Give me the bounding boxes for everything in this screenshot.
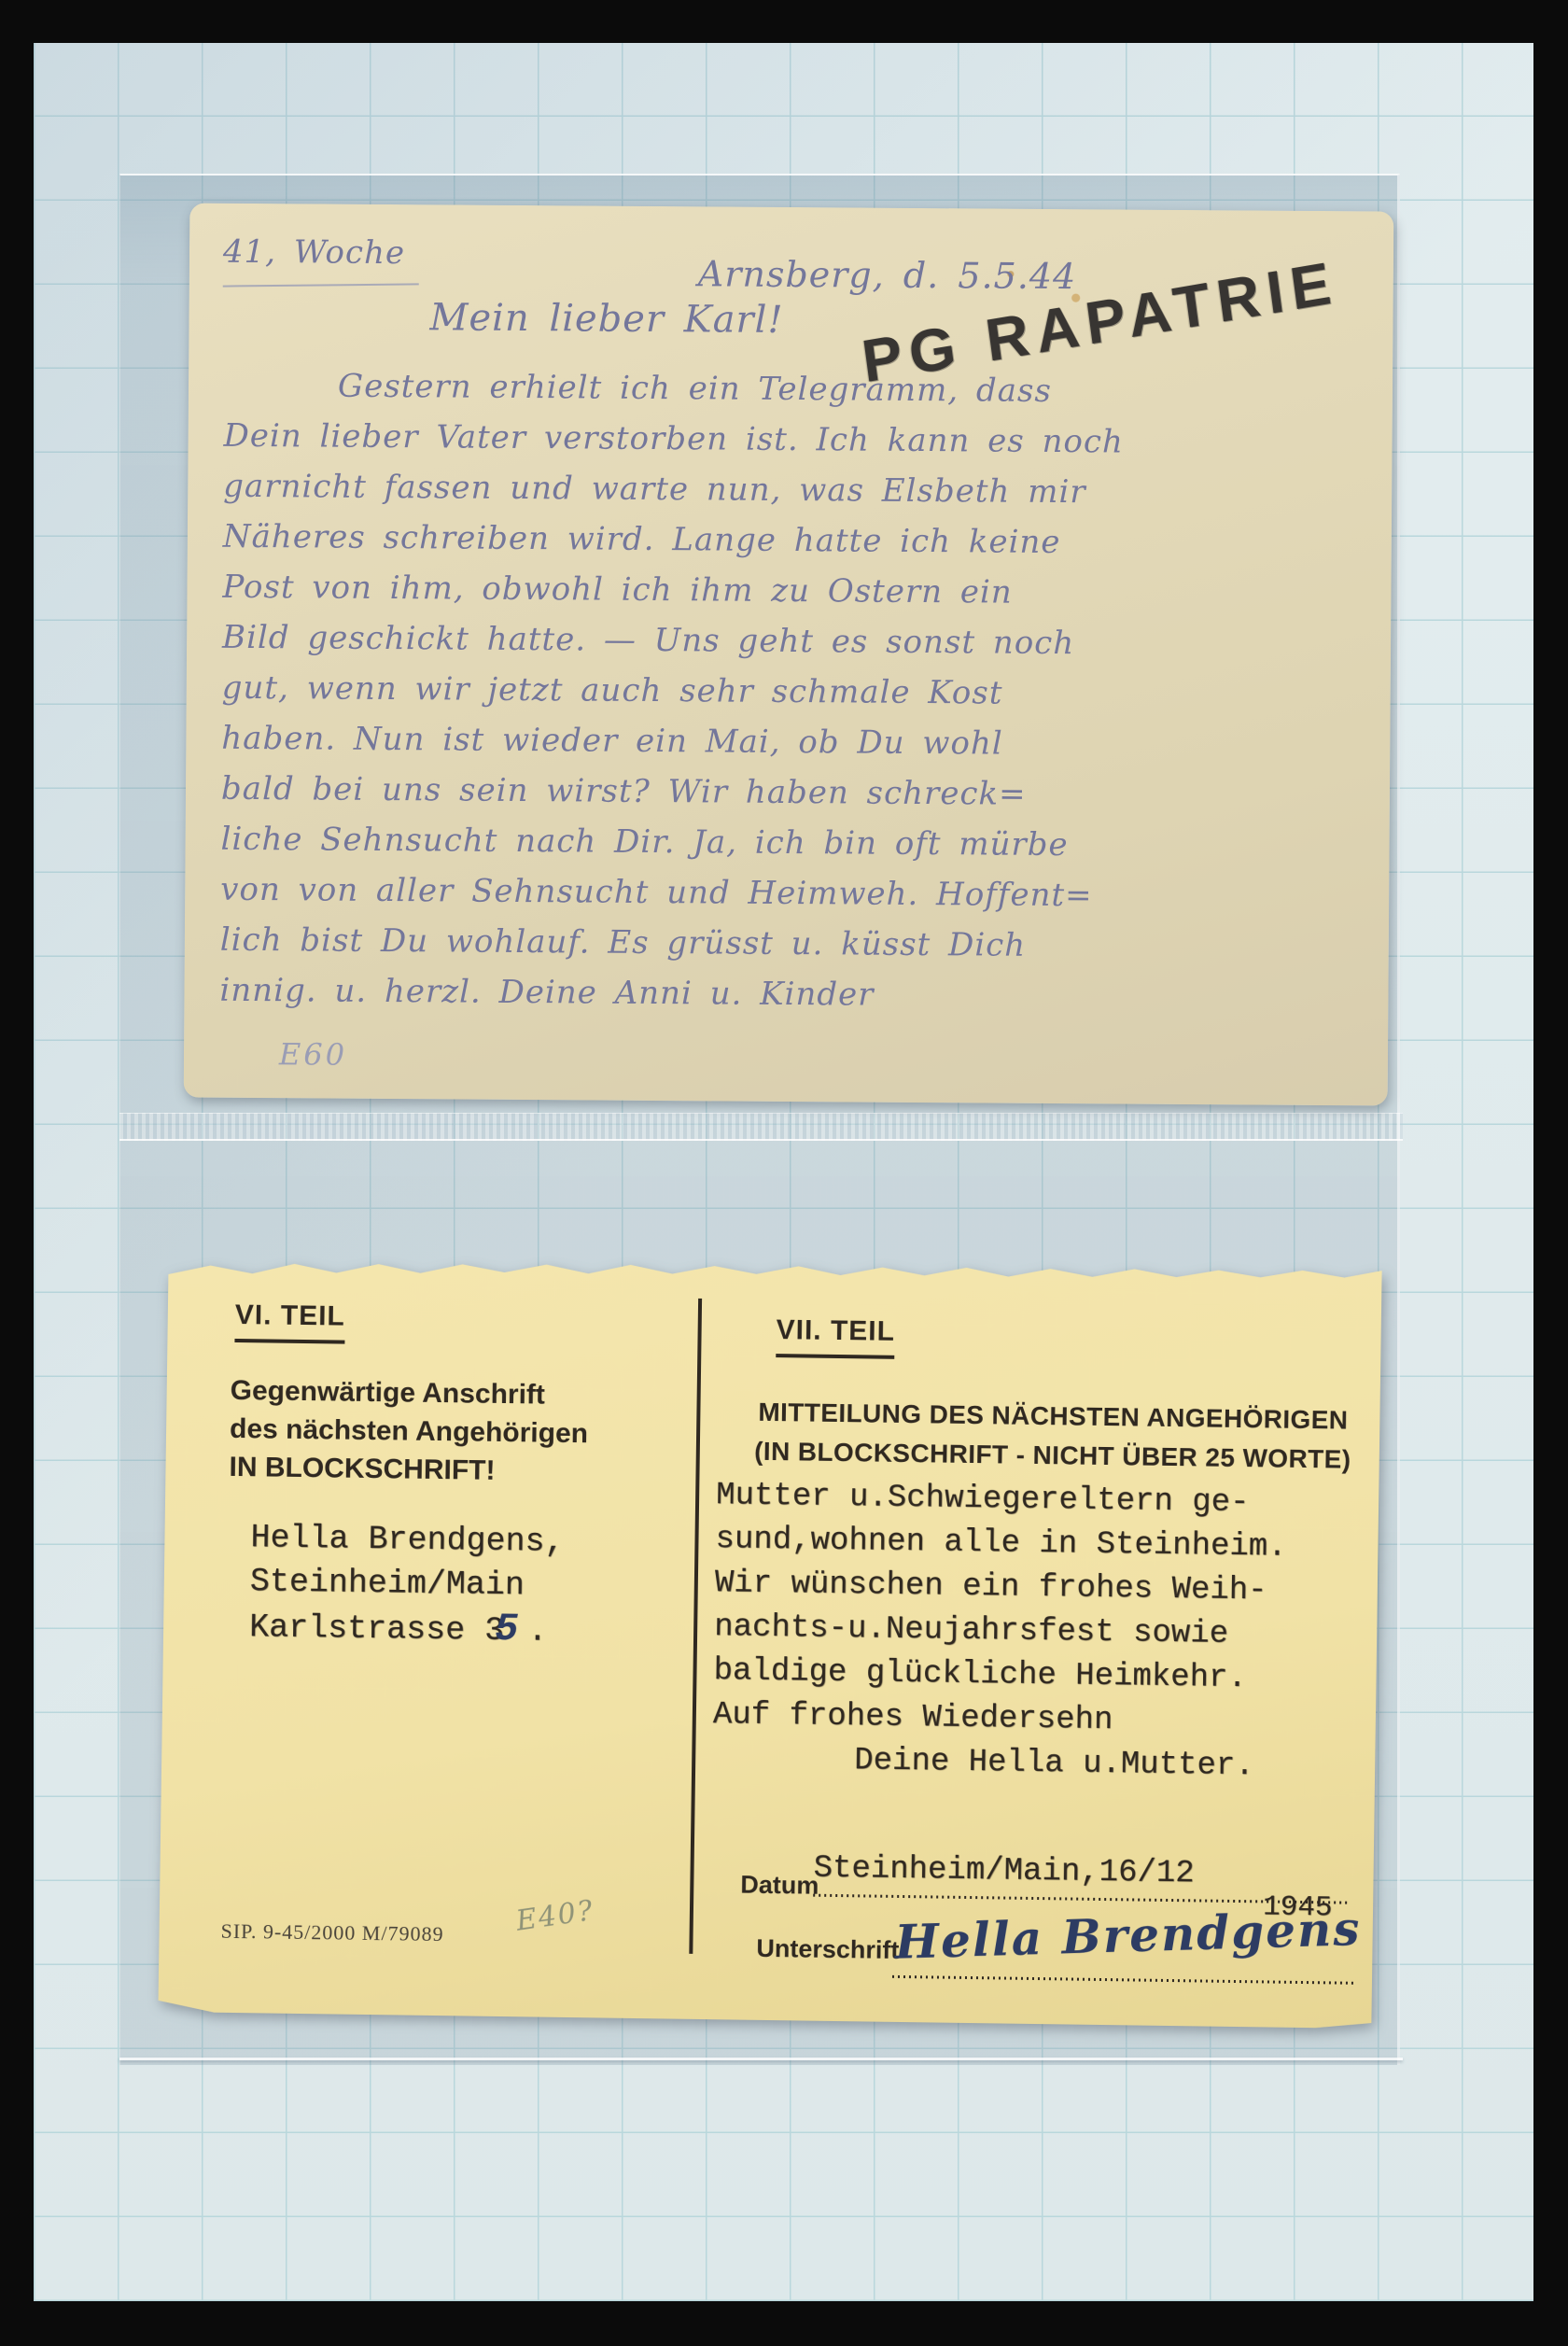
letter-line: von von aller Sehnsucht und Heimweh. Hof… xyxy=(220,864,1370,923)
address-heading: Gegenwärtige Anschrift des nächsten Ange… xyxy=(229,1371,589,1491)
dateline: Arnsberg, d. 5.5.44 xyxy=(698,253,1077,297)
salutation: Mein lieber Karl! xyxy=(429,296,783,342)
message-line: Auf frohes Wiedersehn xyxy=(713,1693,1285,1746)
section-title-vi: VI. TEIL xyxy=(234,1299,345,1344)
letter-line: gut, wenn wir jetzt auch sehr schmale Ko… xyxy=(222,663,1372,722)
letter-line: Gestern erhielt ich ein Telegramm, dass xyxy=(224,360,1374,419)
letter-line: bald bei uns sein wirst? Wir haben schre… xyxy=(221,764,1371,822)
typed-datum-value: Steinheim/Main,16/12 xyxy=(813,1851,1195,1892)
address-line: Hella Brendgens, xyxy=(250,1516,565,1565)
handwritten-postcard: 41, Woche Arnsberg, d. 5.5.44 PG RAPATRI… xyxy=(184,204,1394,1106)
address-line-period: . xyxy=(527,1612,548,1650)
unterschrift-label: Unterschrift xyxy=(756,1934,899,1965)
letter-line: lich bist Du wohlauf. Es grüsst u. küsst… xyxy=(220,915,1370,974)
address-heading-line: IN BLOCKSCHRIFT! xyxy=(229,1448,587,1491)
letter-line: garnicht fassen und warte nun, was Elsbe… xyxy=(223,461,1373,520)
address-street-typed: Karlstrasse 3 xyxy=(249,1608,505,1650)
typed-message: Mutter u.Schwiegereltern ge- sund,wohnen… xyxy=(712,1474,1288,1790)
mitteilung-heading: MITTEILUNG DES NÄCHSTEN ANGEHÖRIGEN (IN … xyxy=(726,1392,1380,1480)
typed-form-card: VI. TEIL Gegenwärtige Anschrift des näch… xyxy=(158,1254,1381,2029)
address-heading-line: des nächsten Angehörigen xyxy=(230,1410,588,1453)
sleeve-bottom-edge xyxy=(119,2058,1403,2060)
pencil-week-note: 41, Woche xyxy=(223,233,405,272)
message-line: nachts-u.Neujahrsfest sowie xyxy=(714,1606,1286,1658)
typed-address: Hella Brendgens, Steinheim/Main Karlstra… xyxy=(249,1516,565,1654)
typed-form-card-wrap: VI. TEIL Gegenwärtige Anschrift des näch… xyxy=(158,1254,1381,2029)
album-page-scan: 41, Woche Arnsberg, d. 5.5.44 PG RAPATRI… xyxy=(34,43,1533,2301)
pencil-price-note: E40? xyxy=(514,1894,596,1938)
column-divider xyxy=(689,1299,702,1954)
mitteilung-heading-line2: (IN BLOCKSCHRIFT - NICHT ÜBER 25 WORTE) xyxy=(726,1431,1380,1480)
message-line: Wir wünschen ein frohes Weih- xyxy=(715,1562,1287,1614)
address-heading-line: Gegenwärtige Anschrift xyxy=(230,1371,588,1414)
section-title-vii: VII. TEIL xyxy=(776,1314,895,1359)
datum-label: Datum xyxy=(740,1871,819,1901)
letter-line: Post von ihm, obwohl ich ihm zu Ostern e… xyxy=(222,562,1372,621)
letter-body: Gestern erhielt ich ein Telegramm, dass … xyxy=(219,360,1374,1024)
message-line: Mutter u.Schwiegereltern ge- xyxy=(716,1474,1288,1526)
address-line: Steinheim/Main xyxy=(250,1560,565,1608)
letter-line: liche Sehnsucht nach Dir. Ja, ich bin of… xyxy=(220,814,1370,873)
message-line: Deine Hella u.Mutter. xyxy=(712,1737,1284,1790)
handwritten-signature: Hella Brendgens xyxy=(894,1901,1362,1970)
letter-line: innig. u. herzl. Deine Anni u. Kinder xyxy=(219,965,1369,1024)
message-line: sund,wohnen alle in Steinheim. xyxy=(715,1518,1287,1570)
letter-line: Näheres schreiben wird. Lange hatte ich … xyxy=(223,512,1373,570)
pencil-underline xyxy=(223,283,419,287)
letter-line: Dein lieber Vater verstorben ist. Ich ka… xyxy=(223,411,1373,470)
letter-line: Bild geschickt hatte. — Uns geht es sons… xyxy=(222,612,1372,671)
ink-corrected-digit: 5 xyxy=(495,1607,519,1651)
address-line: Karlstrasse 35. xyxy=(249,1604,564,1654)
printer-imprint: SIP. 9-45/2000 M/79089 xyxy=(220,1919,443,1946)
sleeve-pocket-seam xyxy=(119,1113,1403,1141)
letter-line: haben. Nun ist wieder ein Mai, ob Du woh… xyxy=(221,713,1371,772)
unterschrift-dotted-line xyxy=(892,1975,1355,1985)
message-line: baldige glückliche Heimkehr. xyxy=(713,1650,1285,1702)
pencil-price-note: E60 xyxy=(279,1036,347,1073)
